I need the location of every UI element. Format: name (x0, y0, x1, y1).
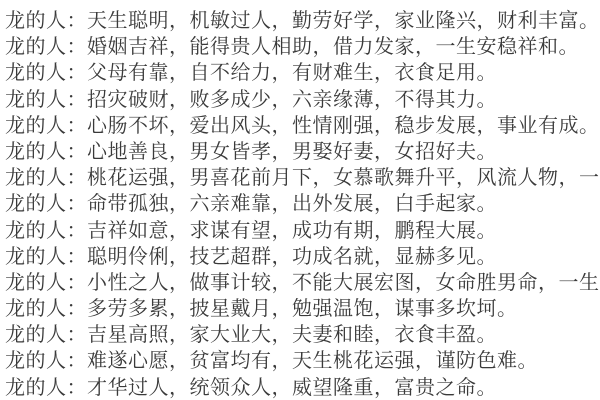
fortune-line: 龙的人：才华过人，统领众人，威望隆重，富贵之命。 (5, 374, 600, 400)
fortune-line: 龙的人：聪明伶俐，技艺超群，功成名就，显赫多见。 (5, 243, 600, 269)
fortune-line: 龙的人：难遂心愿，贫富均有，天生桃花运强，谨防色难。 (5, 347, 600, 373)
line-prefix: 龙的人： (5, 191, 87, 215)
line-content: 吉星高照，家大业大，夫妻和睦，衣食丰盈。 (87, 322, 497, 346)
line-prefix: 龙的人： (5, 375, 87, 399)
line-content: 命带孤独，六亲难靠，出外发展，白手起家。 (87, 191, 497, 215)
fortune-line: 龙的人：招灾破财，败多成少，六亲缘薄，不得其力。 (5, 86, 600, 112)
line-content: 聪明伶俐，技艺超群，功成名就，显赫多见。 (87, 244, 497, 268)
line-content: 天生聪明，机敏过人，勤劳好学，家业隆兴，财利丰富。 (87, 8, 600, 32)
fortune-line: 龙的人：桃花运强，男喜花前月下，女慕歌舞升平，风流人物，一生 (5, 164, 600, 190)
line-prefix: 龙的人： (5, 165, 87, 189)
line-content: 桃花运强，男喜花前月下，女慕歌舞升平，风流人物，一生 (87, 165, 600, 189)
line-prefix: 龙的人： (5, 60, 87, 84)
line-content: 才华过人，统领众人，威望隆重，富贵之命。 (87, 375, 497, 399)
line-prefix: 龙的人： (5, 270, 87, 294)
line-content: 心肠不坏，爱出风头，性情刚强，稳步发展，事业有成。 (87, 113, 600, 137)
line-prefix: 龙的人： (5, 113, 87, 137)
line-content: 小性之人，做事计较，不能大展宏图，女命胜男命，一生无 (87, 270, 600, 294)
line-content: 心地善良，男女皆孝，男娶好妻，女招好夫。 (87, 139, 497, 163)
fortune-line: 龙的人：婚姻吉祥，能得贵人相助，借力发家，一生安稳祥和。 (5, 33, 600, 59)
line-prefix: 龙的人： (5, 296, 87, 320)
line-prefix: 龙的人： (5, 139, 87, 163)
fortune-line: 龙的人：吉星高照，家大业大，夫妻和睦，衣食丰盈。 (5, 321, 600, 347)
line-content: 招灾破财，败多成少，六亲缘薄，不得其力。 (87, 87, 497, 111)
fortune-line: 龙的人：天生聪明，机敏过人，勤劳好学，家业隆兴，财利丰富。 (5, 7, 600, 33)
fortune-line: 龙的人：心地善良，男女皆孝，男娶好妻，女招好夫。 (5, 138, 600, 164)
fortune-line: 龙的人：命带孤独，六亲难靠，出外发展，白手起家。 (5, 190, 600, 216)
fortune-text-document: 龙的人：天生聪明，机敏过人，勤劳好学，家业隆兴，财利丰富。 龙的人：婚姻吉祥，能… (0, 0, 600, 400)
line-content: 父母有靠，自不给力，有财难生，衣食足用。 (87, 60, 497, 84)
fortune-line: 龙的人：小性之人，做事计较，不能大展宏图，女命胜男命，一生无 (5, 269, 600, 295)
line-content: 多劳多累，披星戴月，勉强温饱，谋事多坎坷。 (87, 296, 518, 320)
line-prefix: 龙的人： (5, 218, 87, 242)
line-prefix: 龙的人： (5, 87, 87, 111)
line-prefix: 龙的人： (5, 34, 87, 58)
fortune-line: 龙的人：吉祥如意，求谋有望，成功有期，鹏程大展。 (5, 217, 600, 243)
line-prefix: 龙的人： (5, 8, 87, 32)
line-content: 吉祥如意，求谋有望，成功有期，鹏程大展。 (87, 218, 497, 242)
fortune-line: 龙的人：多劳多累，披星戴月，勉强温饱，谋事多坎坷。 (5, 295, 600, 321)
line-prefix: 龙的人： (5, 348, 87, 372)
line-content: 婚姻吉祥，能得贵人相助，借力发家，一生安稳祥和。 (87, 34, 579, 58)
line-prefix: 龙的人： (5, 244, 87, 268)
line-content: 难遂心愿，贫富均有，天生桃花运强，谨防色难。 (87, 348, 538, 372)
fortune-line: 龙的人：父母有靠，自不给力，有财难生，衣食足用。 (5, 59, 600, 85)
fortune-line: 龙的人：心肠不坏，爱出风头，性情刚强，稳步发展，事业有成。 (5, 112, 600, 138)
line-prefix: 龙的人： (5, 322, 87, 346)
